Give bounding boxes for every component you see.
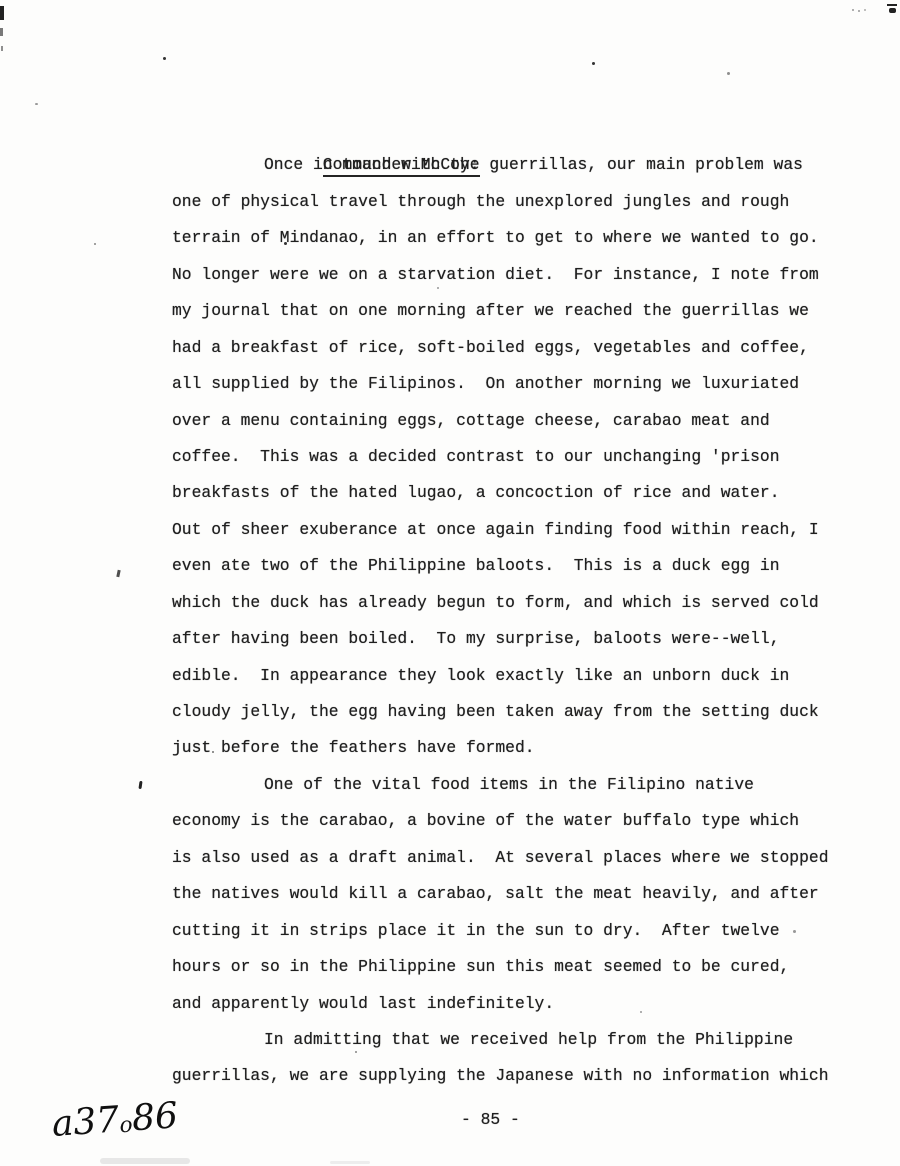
scan-speck bbox=[212, 751, 214, 753]
text-line: edible. In appearance they look exactly … bbox=[172, 658, 882, 694]
text-line: my journal that on one morning after we … bbox=[172, 293, 882, 329]
text-line: over a menu containing eggs, cottage che… bbox=[172, 403, 882, 439]
text-line: just before the feathers have formed. bbox=[172, 730, 882, 766]
text-line: the natives would kill a carabao, salt t… bbox=[172, 876, 882, 912]
document-text-block: Commander McCoy: Once in touch with the … bbox=[172, 111, 882, 1095]
text-line: terrain of Mindanao, in an effort to get… bbox=[172, 220, 882, 256]
scan-speck bbox=[640, 1011, 642, 1013]
scan-smudge bbox=[100, 1158, 190, 1164]
scan-speck bbox=[852, 9, 854, 11]
scan-speck bbox=[284, 242, 287, 245]
text-line: No longer were we on a starvation diet. … bbox=[172, 257, 882, 293]
scan-speck bbox=[858, 10, 860, 12]
text-line: breakfasts of the hated lugao, a concoct… bbox=[172, 475, 882, 511]
scan-smudge bbox=[330, 1161, 370, 1164]
text-line: which the duck has already begun to form… bbox=[172, 585, 882, 621]
text-line: and apparently would last indefinitely. bbox=[172, 986, 882, 1022]
scan-speck bbox=[864, 9, 866, 11]
document-body: Once in touch with the guerrillas, our m… bbox=[172, 147, 882, 1094]
scan-speck bbox=[355, 1051, 357, 1053]
text-line: even ate two of the Philippine baloots. … bbox=[172, 548, 882, 584]
scan-artifact bbox=[1, 46, 3, 51]
scan-speck bbox=[116, 570, 120, 577]
text-line: economy is the carabao, a bovine of the … bbox=[172, 803, 882, 839]
text-line: In admitting that we received help from … bbox=[172, 1022, 882, 1058]
scan-artifact bbox=[887, 4, 897, 6]
text-line: guerrillas, we are supplying the Japanes… bbox=[172, 1058, 882, 1094]
scan-speck bbox=[793, 930, 796, 933]
text-line: is also used as a draft animal. At sever… bbox=[172, 840, 882, 876]
heading-line: Commander McCoy: bbox=[172, 111, 882, 147]
scan-speck bbox=[35, 103, 38, 105]
scan-speck bbox=[94, 243, 96, 245]
scan-artifact bbox=[0, 28, 3, 36]
text-line: coffee. This was a decided contrast to o… bbox=[172, 439, 882, 475]
scan-artifact bbox=[889, 8, 896, 13]
text-line: cloudy jelly, the egg having been taken … bbox=[172, 694, 882, 730]
text-line: cutting it in strips place it in the sun… bbox=[172, 913, 882, 949]
handwritten-note-suffix: 86 bbox=[131, 1095, 180, 1139]
page-number: - 85 - bbox=[461, 1110, 520, 1130]
text-line: Once in touch with the guerrillas, our m… bbox=[172, 147, 882, 183]
text-line: hours or so in the Philippine sun this m… bbox=[172, 949, 882, 985]
scan-speck bbox=[592, 62, 595, 65]
document-page: Commander McCoy: Once in touch with the … bbox=[0, 0, 900, 1166]
scan-artifact bbox=[0, 6, 4, 20]
scan-speck bbox=[727, 72, 730, 75]
handwritten-note-prefix: a37 bbox=[51, 1099, 121, 1145]
text-line: One of the vital food items in the Filip… bbox=[172, 767, 882, 803]
scan-speck bbox=[437, 287, 439, 289]
scan-speck bbox=[163, 57, 166, 60]
text-line: had a breakfast of rice, soft-boiled egg… bbox=[172, 330, 882, 366]
text-line: Out of sheer exuberance at once again fi… bbox=[172, 512, 882, 548]
text-line: all supplied by the Filipinos. On anothe… bbox=[172, 366, 882, 402]
text-line: one of physical travel through the unexp… bbox=[172, 184, 882, 220]
text-line: after having been boiled. To my surprise… bbox=[172, 621, 882, 657]
scan-speck bbox=[138, 781, 142, 789]
handwritten-note: a37o86 bbox=[51, 1095, 180, 1145]
